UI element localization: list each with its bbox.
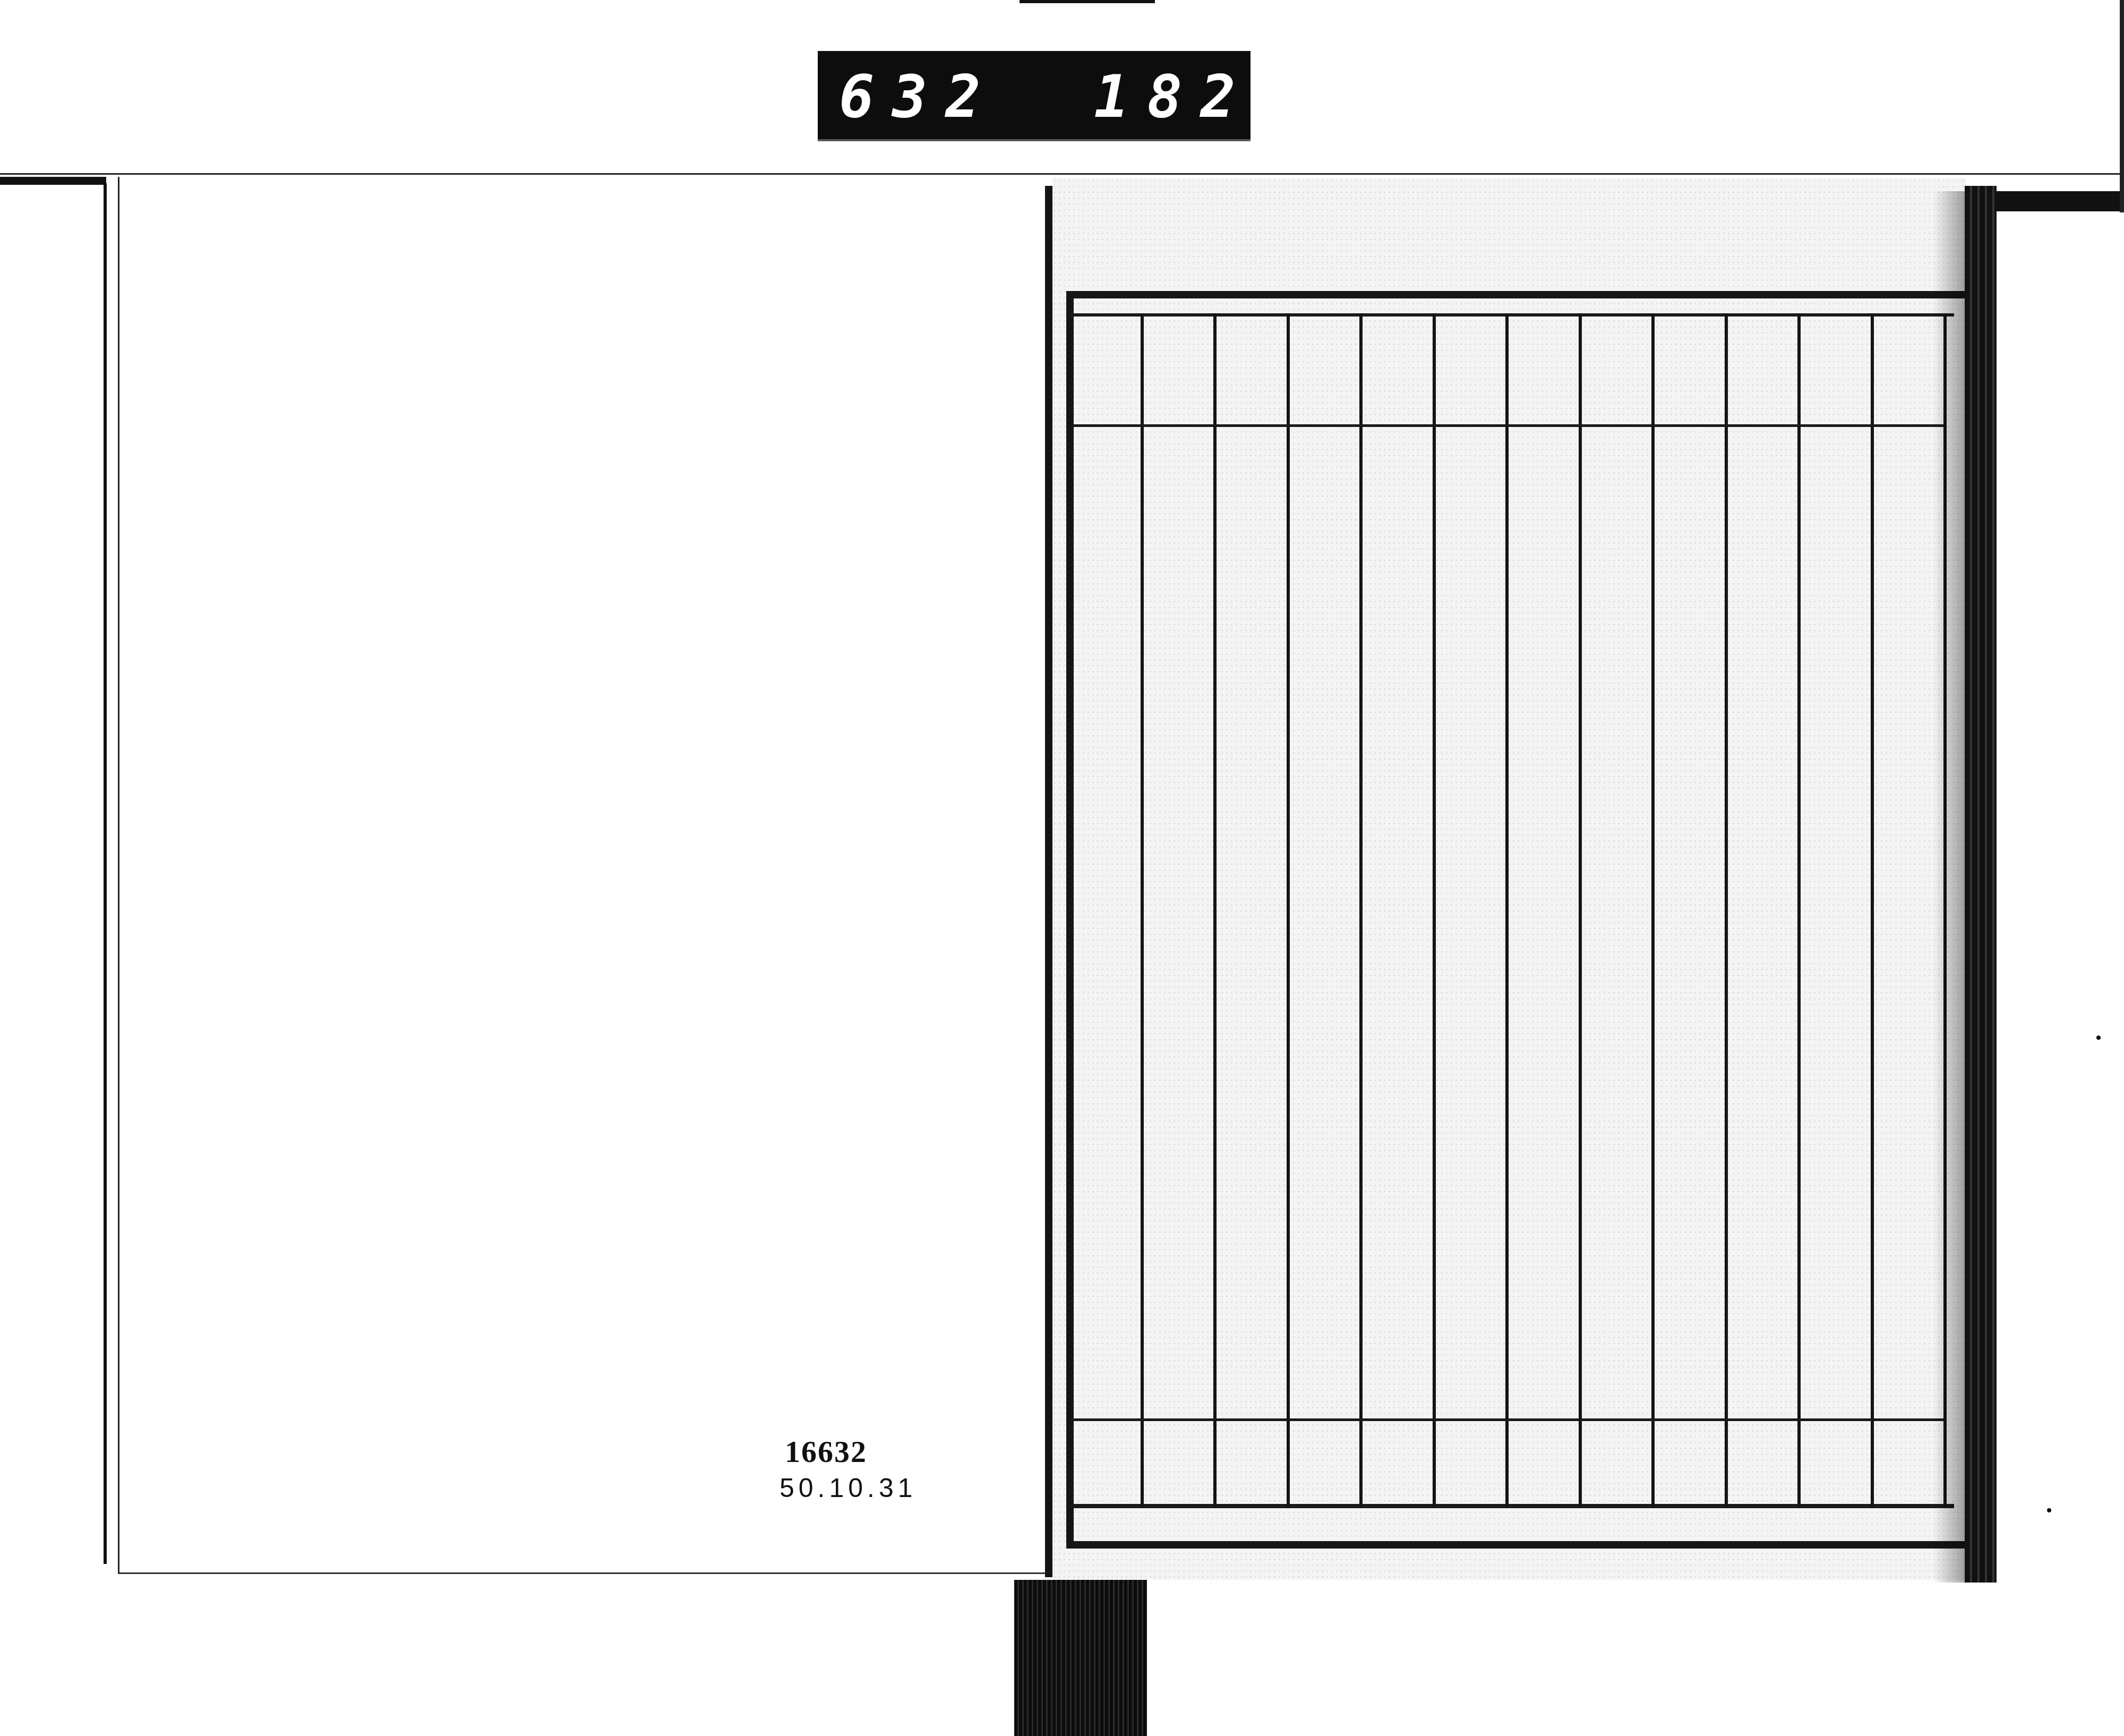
ledger-column-rule	[1797, 313, 1801, 1508]
ledger-column-rule	[1067, 313, 1070, 1508]
ledger-column-rule	[1725, 313, 1728, 1508]
ledger-grid	[1067, 313, 1954, 1508]
accession-stamp: 16632 50.10.31	[785, 1434, 917, 1503]
frame-number: 182.	[1094, 63, 1307, 131]
page-shadow	[1933, 191, 1965, 1583]
accession-number: 16632	[785, 1434, 917, 1469]
film-edge-tab	[1020, 0, 1155, 3]
reel-number: 632	[839, 63, 999, 131]
dust-speck	[2096, 1036, 2101, 1040]
left-film-edge	[104, 183, 107, 1564]
ledger-column-rule	[1871, 313, 1874, 1508]
frame-counter-label: 632 182.	[818, 51, 1251, 141]
ledger-column-rule	[1651, 313, 1655, 1508]
ledger-column-rule	[1141, 313, 1144, 1508]
book-edge	[1965, 186, 1997, 1583]
book-gutter	[1045, 186, 1052, 1577]
accession-date: 50.10.31	[780, 1473, 917, 1503]
right-film-edge	[2120, 0, 2124, 212]
ledger-header-rule	[1073, 424, 1943, 427]
binding-spine	[1014, 1580, 1147, 1736]
dust-speck	[2047, 1508, 2051, 1512]
ledger-column-rule	[1213, 313, 1217, 1508]
ledger-column-rule	[1433, 313, 1436, 1508]
left-blank-page	[118, 177, 1048, 1574]
left-film-bar	[0, 177, 106, 185]
ledger-top-rule	[1067, 313, 1954, 317]
scan-border-line	[0, 173, 2124, 175]
ledger-column-rule	[1505, 313, 1509, 1508]
ledger-column-rule	[1359, 313, 1363, 1508]
ledger-bottom-rule	[1067, 1504, 1954, 1508]
ledger-footer-rule	[1073, 1418, 1943, 1421]
right-film-bar	[1997, 191, 2124, 211]
ledger-column-rule	[1287, 313, 1290, 1508]
ledger-column-rule	[1579, 313, 1582, 1508]
